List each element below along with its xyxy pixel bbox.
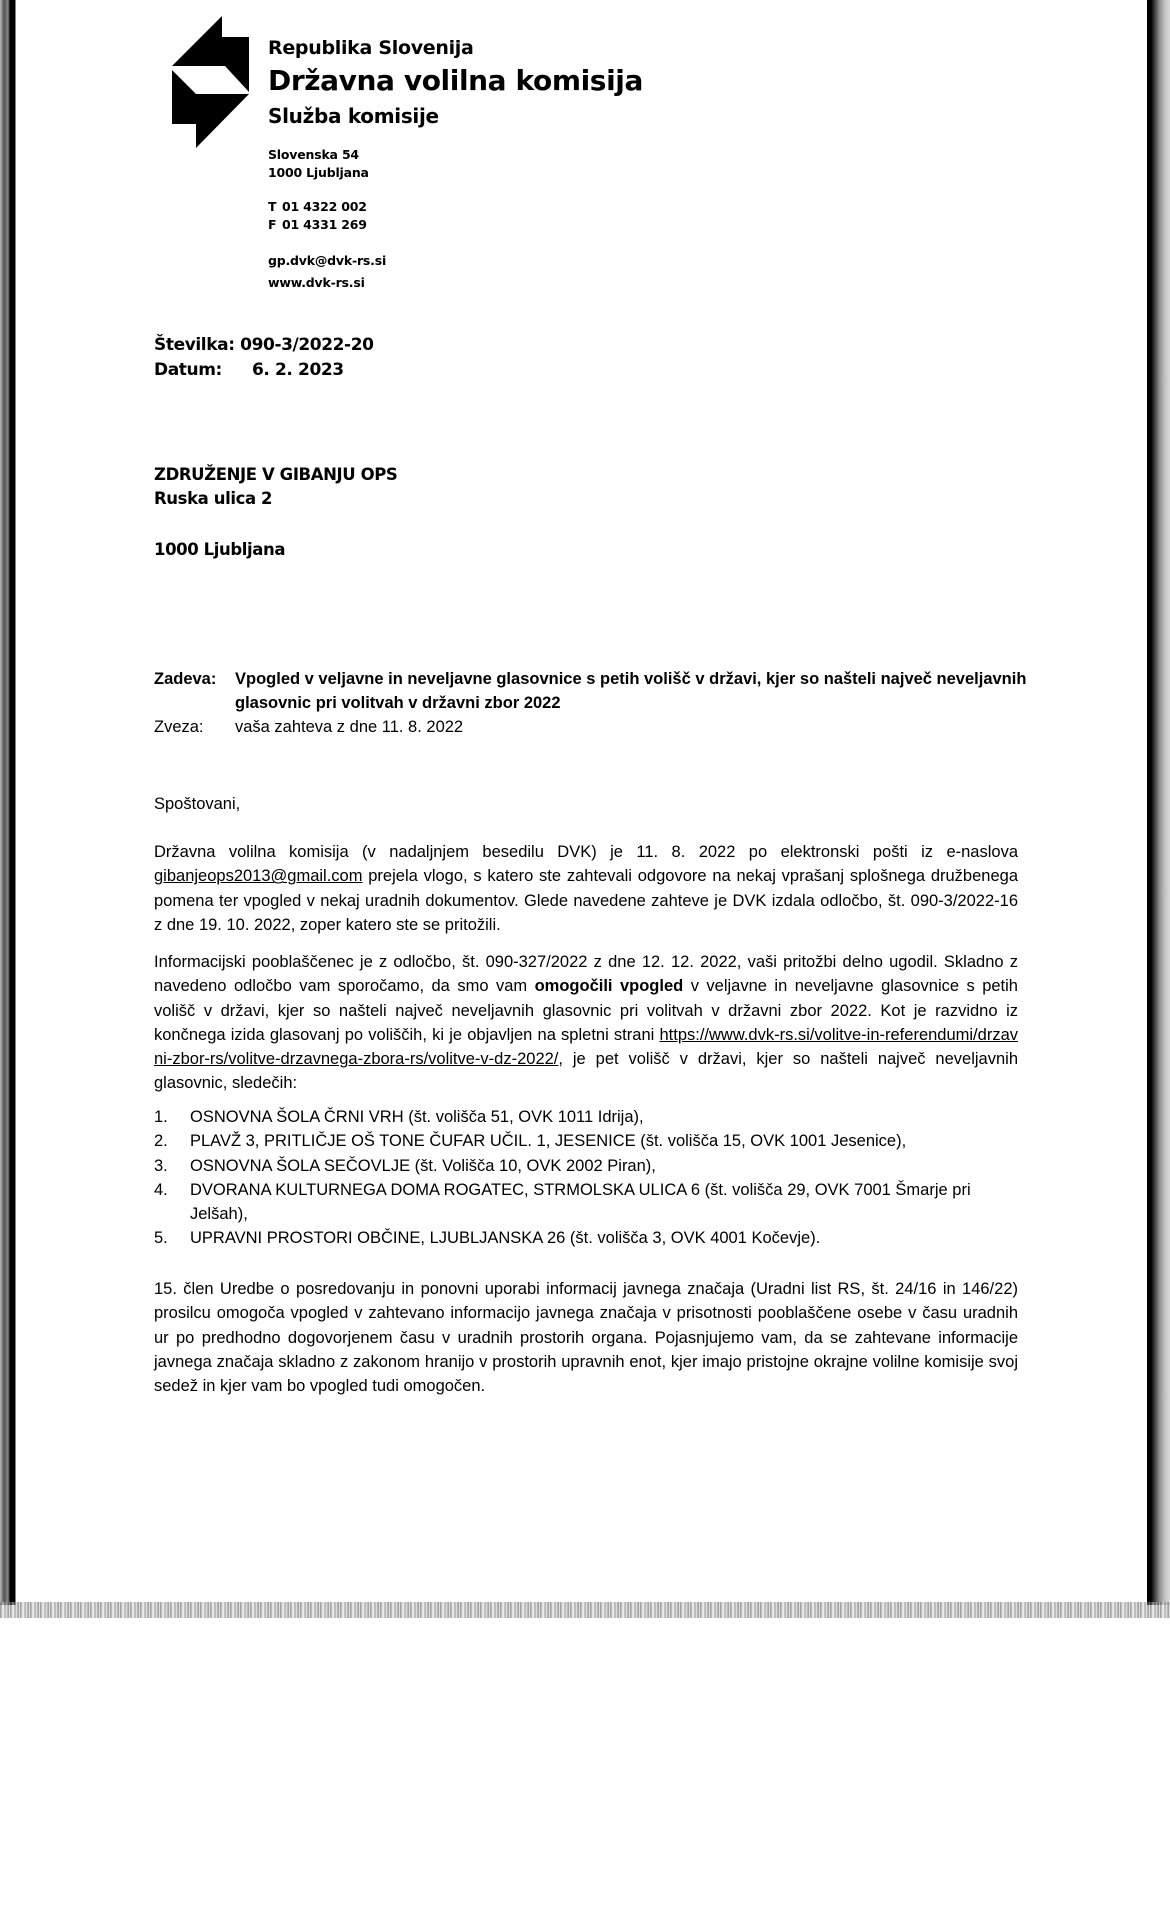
address-website: www.dvk-rs.si (268, 274, 365, 292)
subject-text: Vpogled v veljavne in neveljavne glasovn… (235, 667, 1035, 715)
scanned-letter-page: Republika Slovenija Državna volilna komi… (0, 0, 1170, 1920)
list-item-number: 3. (154, 1154, 168, 1178)
list-item: 1.OSNOVNA ŠOLA ČRNI VRH (št. volišča 51,… (154, 1105, 1018, 1129)
phone-label: T (268, 198, 282, 216)
address-email: gp.dvk@dvk-rs.si (268, 252, 386, 270)
phone-number: 01 4322 002 (282, 199, 367, 214)
reference-text: vaša zahteva z dne 11. 8. 2022 (235, 715, 463, 739)
list-item-number: 5. (154, 1226, 168, 1250)
recipient-city: 1000 Ljubljana (154, 538, 285, 562)
paragraph-decision-emphasis: omogočili vpogled (535, 977, 684, 995)
list-item-text: OSNOVNA ŠOLA SEČOVLJE (št. Volišča 10, O… (190, 1157, 656, 1175)
address-street: Slovenska 54 (268, 146, 359, 164)
requester-email-link[interactable]: gibanjeops2013@gmail.com (154, 867, 362, 885)
fax-number: 01 4331 269 (282, 217, 367, 232)
recipient-street: Ruska ulica 2 (154, 487, 272, 511)
header-institution: Državna volilna komisija (268, 64, 643, 97)
list-item: 2.PLAVŽ 3, PRITLIČJE OŠ TONE ČUFAR UČIL.… (154, 1129, 1018, 1153)
paragraph-request-text-1: Državna volilna komisija (v nadaljnjem b… (154, 843, 1018, 861)
salutation: Spoštovani, (154, 792, 240, 816)
number-label: Številka: (154, 335, 235, 355)
list-item-text: PLAVŽ 3, PRITLIČJE OŠ TONE ČUFAR UČIL. 1… (190, 1132, 906, 1150)
fax-label: F (268, 216, 282, 234)
list-item-text: UPRAVNI PROSTORI OBČINE, LJUBLJANSKA 26 … (190, 1229, 820, 1247)
address-city: 1000 Ljubljana (268, 164, 369, 182)
reference-label: Zveza: (154, 715, 204, 739)
list-item: 5.UPRAVNI PROSTORI OBČINE, LJUBLJANSKA 2… (154, 1226, 1018, 1250)
list-item-number: 4. (154, 1178, 168, 1202)
header-country: Republika Slovenija (268, 37, 474, 59)
subject-label: Zadeva: (154, 667, 216, 691)
date-label: Datum: (154, 358, 252, 382)
list-item-number: 1. (154, 1105, 168, 1129)
address-fax: F01 4331 269 (268, 216, 367, 234)
scan-border-left (0, 0, 16, 1605)
header-service: Služba komisije (268, 104, 439, 128)
document-number: Številka: 090-3/2022-20 (154, 333, 374, 357)
list-item-text: DVORANA KULTURNEGA DOMA ROGATEC, STRMOLS… (190, 1181, 971, 1223)
paragraph-decision: Informacijski pooblaščenec je z odločbo,… (154, 950, 1018, 1096)
scan-border-bottom (0, 1602, 1170, 1618)
paragraph-request: Državna volilna komisija (v nadaljnjem b… (154, 840, 1018, 937)
list-item: 3.OSNOVNA ŠOLA SEČOVLJE (št. Volišča 10,… (154, 1154, 1018, 1178)
polling-stations-list: 1.OSNOVNA ŠOLA ČRNI VRH (št. volišča 51,… (154, 1105, 1018, 1251)
list-item-text: OSNOVNA ŠOLA ČRNI VRH (št. volišča 51, O… (190, 1108, 644, 1126)
scan-border-right (1147, 0, 1170, 1605)
paragraph-regulation: 15. člen Uredbe o posredovanju in ponovn… (154, 1277, 1018, 1398)
list-item: 4.DVORANA KULTURNEGA DOMA ROGATEC, STRMO… (154, 1178, 1018, 1227)
recipient-name: ZDRUŽENJE V GIBANJU OPS (154, 463, 397, 487)
date-value: 6. 2. 2023 (252, 360, 344, 380)
dvk-logo-icon (168, 12, 258, 152)
number-value: 090-3/2022-20 (240, 335, 373, 355)
address-phone: T01 4322 002 (268, 198, 367, 216)
list-item-number: 2. (154, 1129, 168, 1153)
document-date: Datum:6. 2. 2023 (154, 358, 344, 382)
